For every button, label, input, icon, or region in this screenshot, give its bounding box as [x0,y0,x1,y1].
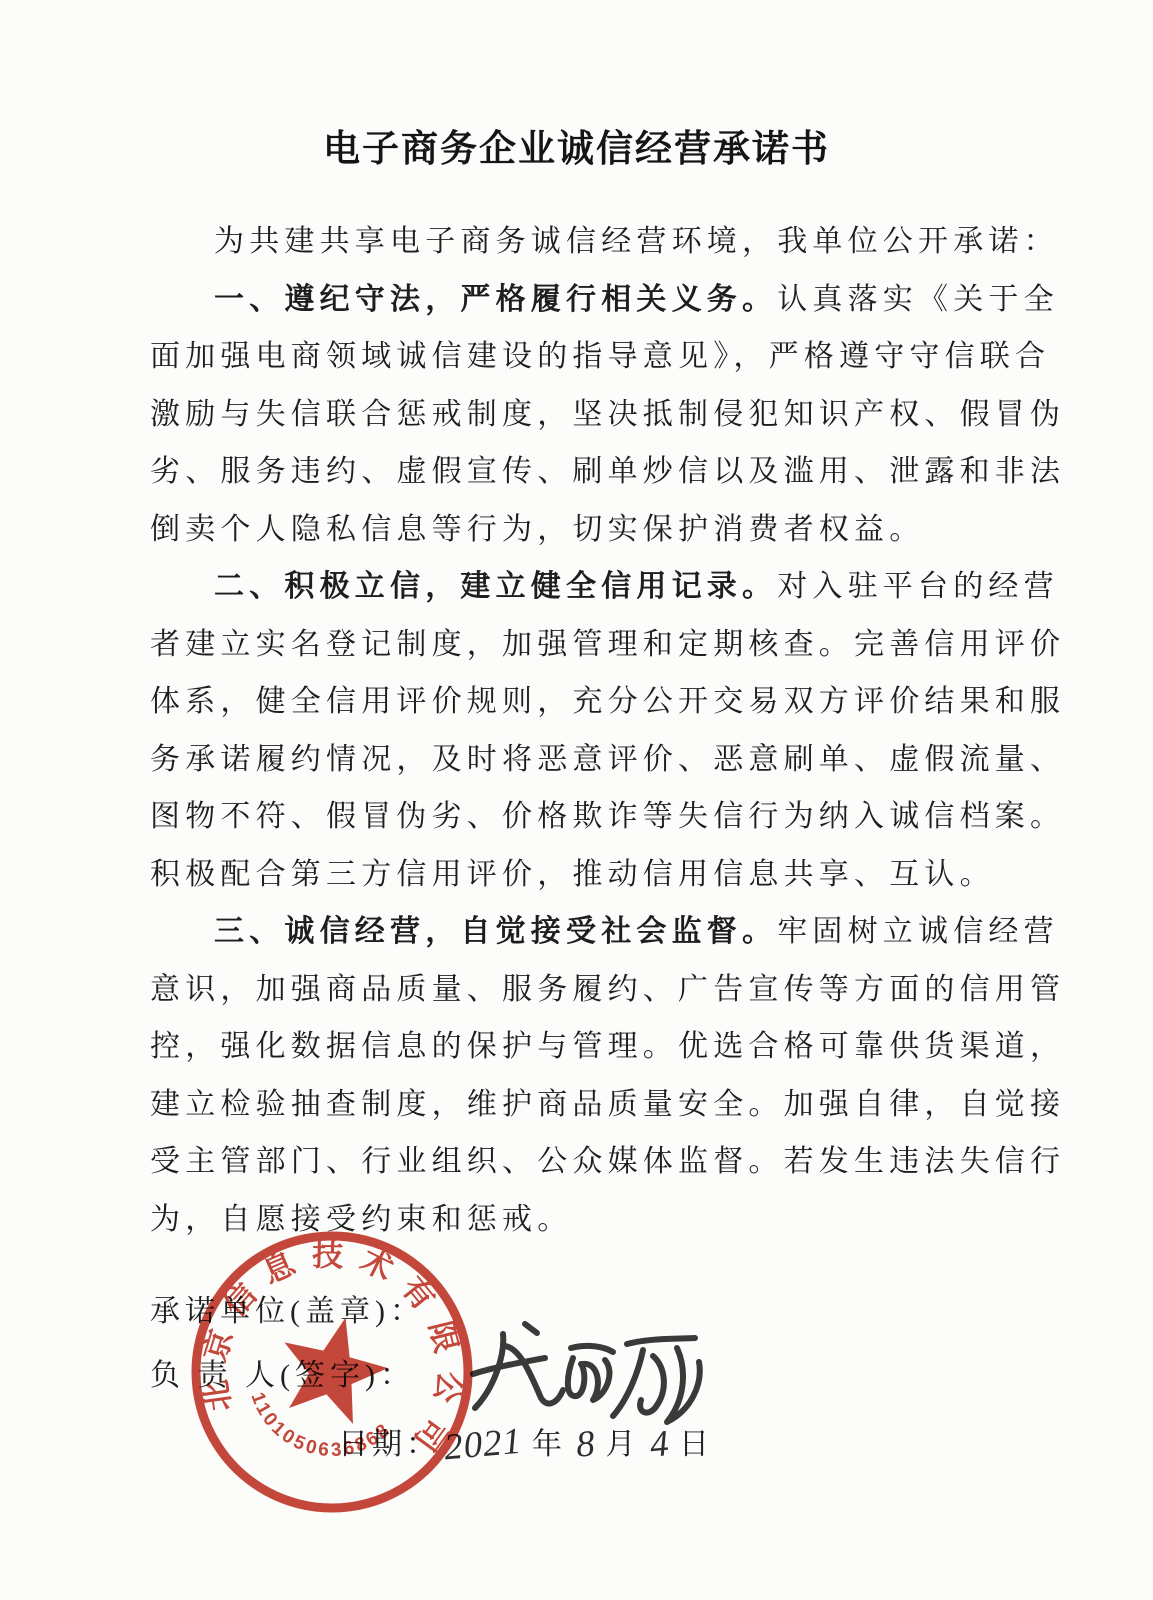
body-line: 三、诚信经营，自觉接受社会监督。牢固树立诚信经营 [150,903,1008,961]
body-line: 者建立实名登记制度，加强管理和定期核查。完善信用评价 [150,616,1008,674]
body-line: 为共建共享电子商务诚信经营环境，我单位公开承诺： [150,213,1008,271]
body-line: 受主管部门、行业组织、公众媒体监督。若发生违法失信行 [150,1133,1008,1191]
body-line: 图物不符、假冒伪劣、价格欺诈等失信行为纳入诚信档案。 [150,788,1008,846]
document-page: 电子商务企业诚信经营承诺书 为共建共享电子商务诚信经营环境，我单位公开承诺： 一… [0,0,1153,1600]
body-line: 面加强电商领域诚信建设的指导意见》，严格遵守守信联合 [150,328,1008,386]
handwritten-day: 4 [648,1421,671,1469]
body-line: 务承诺履约情况，及时将恶意评价、恶意刷单、虚假流量、 [150,731,1008,789]
body-line: 积极配合第三方信用评价，推动信用信息共享、互认。 [150,846,1008,904]
year-suffix: 年 [532,1428,566,1461]
signer-label: 负 责 人(签字)： [150,1356,415,1396]
body-line: 劣、服务违约、虚假宣传、刷单炒信以及滥用、泄露和非法 [150,443,1008,501]
body-line: 意识，加强商品质量、服务履约、广告宣传等方面的信用管 [150,961,1008,1019]
body-line: 控，强化数据信息的保护与管理。优选合格可靠供货渠道， [150,1018,1008,1076]
document-body: 为共建共享电子商务诚信经营环境，我单位公开承诺： 一、遵纪守法，严格履行相关义务… [150,213,1008,1248]
unit-stamp-label: 承诺单位(盖章)： [150,1292,425,1332]
body-line: 激励与失信联合惩戒制度，坚决抵制侵犯知识产权、假冒伪 [150,386,1008,444]
date-line: 日期：2021年8月4日 [338,1420,719,1468]
page-title: 电子商务企业诚信经营承诺书 [0,118,1153,172]
body-line: 二、积极立信，建立健全信用记录。对入驻平台的经营 [150,558,1008,616]
body-line: 倒卖个人隐私信息等行为，切实保护消费者权益。 [150,501,1008,559]
body-line: 为，自愿接受约束和惩戒。 [150,1191,1008,1249]
handwritten-month: 8 [574,1421,597,1469]
date-label: 日期： [338,1428,440,1461]
body-line: 建立检验抽查制度，维护商品质量安全。加强自律，自觉接 [150,1076,1008,1134]
month-suffix: 月 [606,1428,640,1461]
body-line: 体系，健全信用评价规则，充分公开交易双方评价结果和服 [150,673,1008,731]
body-line: 一、遵纪守法，严格履行相关义务。认真落实《关于全 [150,271,1008,329]
handwritten-year: 2021 [442,1419,524,1472]
day-suffix: 日 [679,1428,713,1461]
